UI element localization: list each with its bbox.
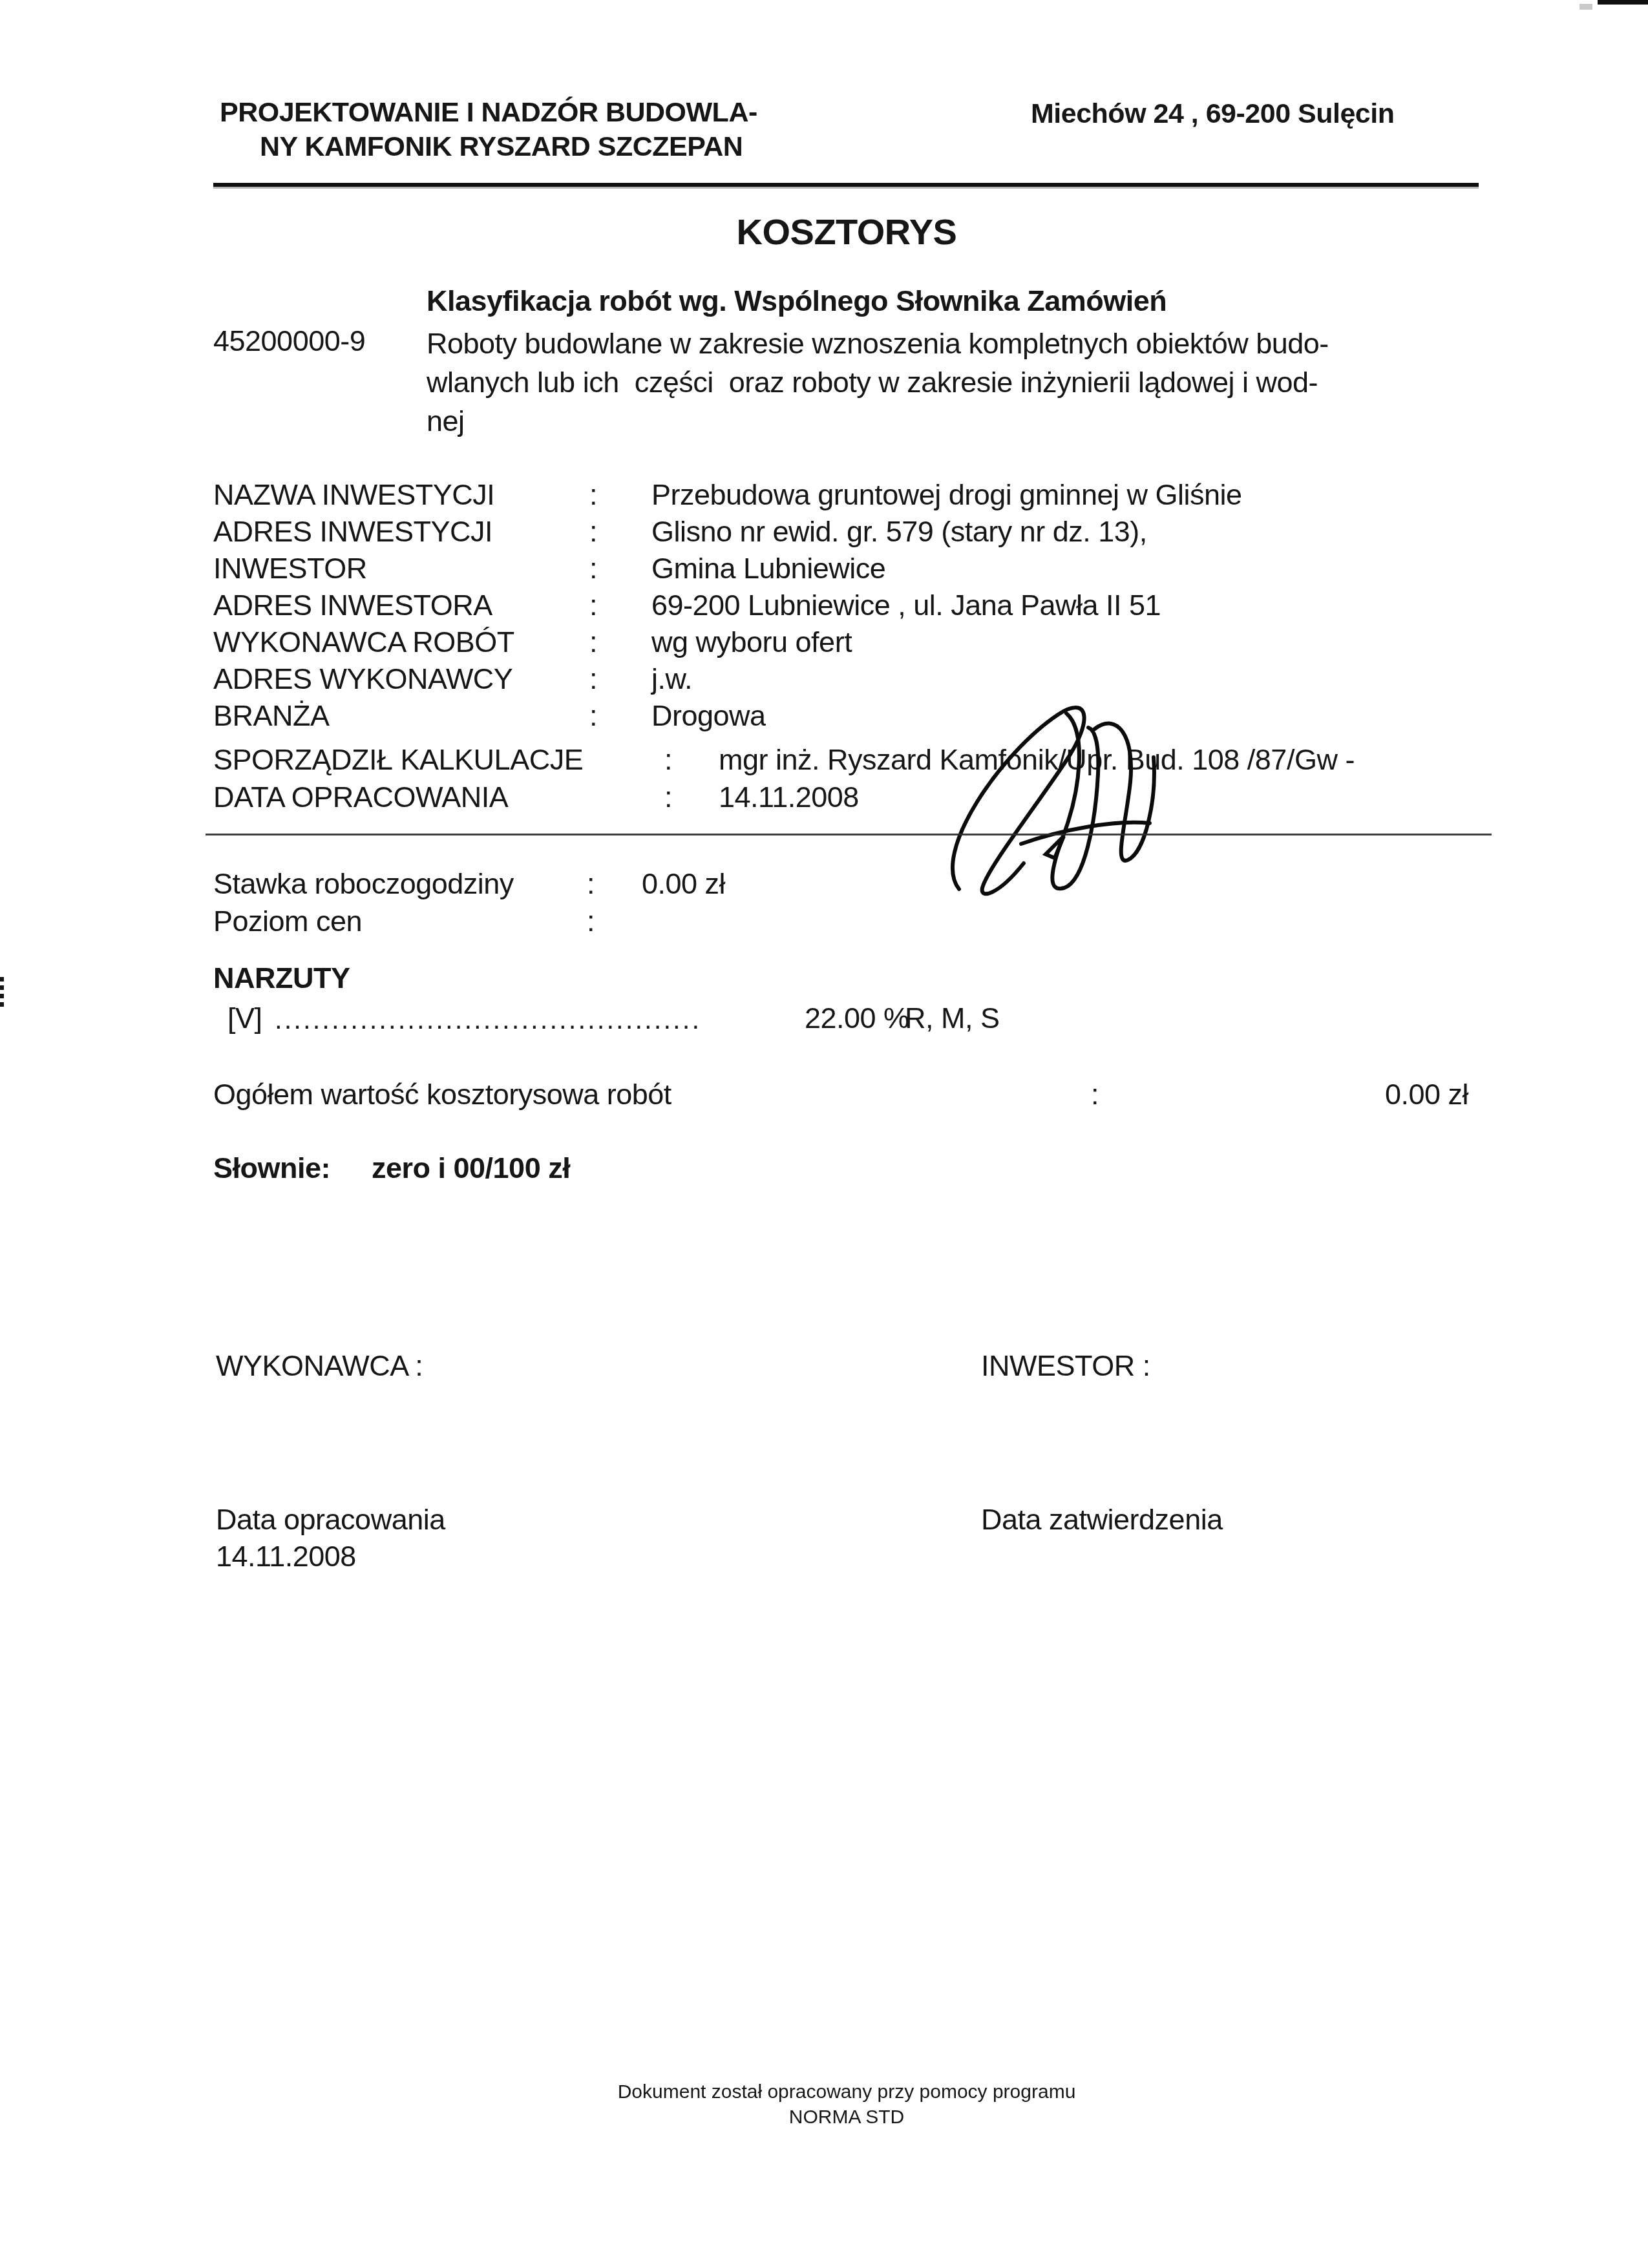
field-colon: : [589, 699, 597, 733]
investor-signature-label: INWESTOR : [981, 1349, 1150, 1383]
hour-rate-row: Stawka roboczogodziny : 0.00 zł [0, 867, 1648, 903]
field-colon: : [589, 515, 597, 549]
surcharge-v-value: 22.00 % [805, 1002, 909, 1035]
prepared-by-label: SPORZĄDZIŁ KALKULACJE [213, 743, 583, 777]
classification-description: Roboty budowlane w zakresie wznoszenia k… [427, 324, 1499, 441]
total-row: Ogółem wartość kosztorysowa robót : 0.00… [0, 1078, 1648, 1114]
field-row: ADRES INWESTYCJI : Glisno nr ewid. gr. 5… [0, 515, 1648, 551]
field-colon: : [589, 625, 597, 659]
section-divider [206, 834, 1492, 835]
scan-artifact-top-right-speck [1579, 4, 1592, 10]
company-address: Miechów 24 , 69-200 Sulęcin [1031, 98, 1394, 130]
preparation-date-row: DATA OPRACOWANIA : 14.11.2008 [0, 781, 1648, 817]
amount-in-words-label: Słownie: [213, 1151, 330, 1185]
total-label: Ogółem wartość kosztorysowa robót [213, 1078, 671, 1111]
hour-rate-colon: : [587, 867, 595, 901]
hour-rate-label: Stawka roboczogodziny [213, 867, 514, 901]
document-title: KOSZTORYS [213, 211, 1480, 253]
footer-note: Dokument został opracowany przy pomocy p… [213, 2079, 1480, 2130]
preparation-date-label: DATA OPRACOWANIA [213, 781, 508, 814]
date-approved-label: Data zatwierdzenia [981, 1503, 1223, 1537]
field-colon: : [589, 552, 597, 585]
field-value: wg wyboru ofert [651, 625, 852, 659]
field-value: Glisno nr ewid. gr. 579 (stary nr dz. 13… [651, 515, 1147, 549]
field-label: INWESTOR [213, 552, 367, 585]
classification-heading: Klasyfikacja robót wg. Wspólnego Słownik… [427, 284, 1167, 318]
field-value: Drogowa [651, 699, 766, 733]
field-row: INWESTOR : Gmina Lubniewice [0, 552, 1648, 588]
amount-in-words-row: Słownie: zero i 00/100 zł [0, 1151, 1648, 1188]
field-label: WYKONAWCA ROBÓT [213, 625, 514, 659]
preparation-date-value: 14.11.2008 [719, 781, 859, 814]
prepared-by-colon: : [664, 743, 672, 777]
surcharge-v-components: R, M, S [905, 1002, 1000, 1035]
prepared-by-row: SPORZĄDZIŁ KALKULACJE : mgr inż. Ryszard… [0, 743, 1648, 779]
field-row: BRANŻA : Drogowa [0, 699, 1648, 735]
company-name-line2: NY KAMFONIK RYSZARD SZCZEPAN [260, 131, 743, 163]
contractor-signature-label: WYKONAWCA : [216, 1349, 423, 1383]
field-value: 69-200 Lubniewice , ul. Jana Pawła II 51 [651, 589, 1161, 622]
field-label: ADRES WYKONAWCY [213, 662, 512, 696]
field-label: ADRES INWESTORA [213, 589, 492, 622]
field-row: NAZWA INWESTYCJI : Przebudowa gruntowej … [0, 478, 1648, 514]
field-row: WYKONAWCA ROBÓT : wg wyboru ofert [0, 625, 1648, 662]
classification-code: 45200000-9 [213, 324, 365, 358]
footer-line2: NORMA STD [213, 2105, 1480, 2130]
field-colon: : [589, 589, 597, 622]
total-colon: : [1091, 1078, 1099, 1111]
hour-rate-value: 0.00 zł [642, 867, 725, 901]
company-name-line1: PROJEKTOWANIE I NADZÓR BUDOWLA- [220, 97, 757, 129]
price-level-label: Poziom cen [213, 905, 362, 938]
preparation-date-colon: : [664, 781, 672, 814]
document-page: PROJEKTOWANIE I NADZÓR BUDOWLA- NY KAMFO… [0, 0, 1648, 2268]
surcharge-v-row: [V] ....................................… [0, 1002, 1648, 1038]
field-label: NAZWA INWESTYCJI [213, 478, 494, 512]
field-label: BRANŻA [213, 699, 330, 733]
surcharges-heading: NARZUTY [213, 961, 350, 995]
footer-line1: Dokument został opracowany przy pomocy p… [213, 2079, 1480, 2105]
amount-in-words-value: zero i 00/100 zł [372, 1151, 570, 1185]
field-value: Gmina Lubniewice [651, 552, 885, 585]
surcharge-v-label: [V] [227, 1002, 262, 1035]
field-row: ADRES WYKONAWCY : j.w. [0, 662, 1648, 698]
date-prepared-value: 14.11.2008 [216, 1540, 356, 1573]
field-row: ADRES INWESTORA : 69-200 Lubniewice , ul… [0, 589, 1648, 625]
field-colon: : [589, 662, 597, 696]
leader-dots: ........................................… [275, 1004, 701, 1035]
date-prepared-label: Data opracowania [216, 1503, 445, 1537]
price-level-row: Poziom cen : [0, 905, 1648, 941]
scan-artifact-top-right [1598, 0, 1648, 5]
header-divider [213, 183, 1479, 187]
price-level-colon: : [587, 905, 595, 938]
field-label: ADRES INWESTYCJI [213, 515, 492, 549]
total-value: 0.00 zł [1305, 1078, 1468, 1111]
field-value: Przebudowa gruntowej drogi gminnej w Gli… [651, 478, 1242, 512]
field-value: j.w. [651, 662, 692, 696]
field-colon: : [589, 478, 597, 512]
